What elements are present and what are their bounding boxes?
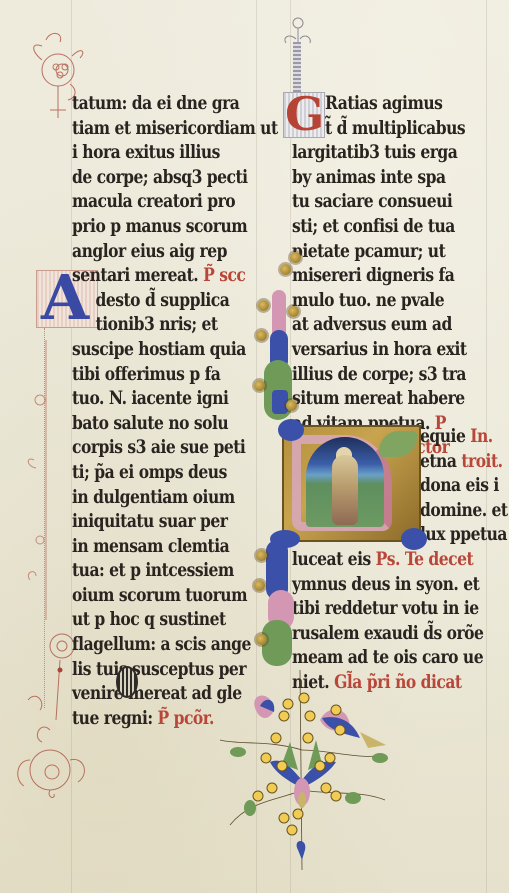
text-line: suscipe hostiam quia [72,338,230,363]
text-line: situm mereat habere [292,387,468,412]
gold-dot-icon [288,306,299,317]
acanthus-leaf-icon [401,528,427,550]
right-column: largitatib3 tuis erga by animas inte spa… [292,141,502,461]
text-line: largitatib3 tuis erga [292,141,468,166]
initial-r-scene [306,437,384,527]
text-line: by animas inte spa [292,166,468,191]
text-line: tibi offerimus p fa [72,363,230,388]
vine-border [258,250,298,680]
initial-g-letter: G [285,87,324,141]
text-line: sti; et confisi de tua [292,215,468,240]
text-line: dona eis i [420,474,492,499]
initial-g: G [283,92,325,138]
text-line: flagellum: a scis ange [72,633,230,658]
gold-dot-icon [280,264,291,275]
text-line: misereri digneris fa [292,264,468,289]
gold-dot-icon [256,330,267,341]
gold-dot-icon [254,380,265,391]
leaf-icon [379,431,417,457]
text-line: tionib3 nris; et [72,313,230,338]
floral-spray-ornament [210,670,400,880]
initial-g-stem [293,42,301,92]
gold-dot-icon [256,634,267,645]
left-column: tatum: da ei dne gra tiam et misericordi… [72,92,260,731]
text-line: etna troit. [420,450,492,475]
text-line: prio p manus scorum [72,215,230,240]
text-line: tua: et p intcessiem [72,559,230,584]
text-line: in dulgentiam oium [72,486,230,511]
gold-dot-icon [258,300,269,311]
text-line: luceat eis Ps. Te decet [292,548,468,573]
historiated-initial-r [282,425,421,542]
text-line: i hora exitus illius [72,141,230,166]
text-line: anglor eius aig rep [72,240,230,265]
text-line: lis tuis susceptus per [72,658,230,683]
skeleton-figure [332,455,358,525]
manuscript-page: A tatum: da ei dne gra tiam et misericor… [0,0,509,893]
text-line: macula creatori pro [72,190,230,215]
text-line: Ratias agimus [325,92,476,117]
text-line: versarius in hora exit [292,338,468,363]
text-line: rusalem exaudi d̃s orõe [292,622,468,647]
text-line: pietate pcamur; ut [292,240,468,265]
text-line: sentari mereat. P̃ scc [72,264,230,289]
text-line: desto d̃ supplica [72,289,230,314]
gold-dot-icon [254,580,265,591]
rubric: In. [470,426,492,447]
text-line: iniquitatu suar per [72,510,230,535]
text-line: illius de corpe; s3 tra [292,363,468,388]
text-line: tatum: da ei dne gra [72,92,230,117]
text-line: de corpe; absq3 pecti [72,166,230,191]
text-line: meam ad te ois caro ue [292,646,468,671]
right-column-top: Ratias agimus t̃ d̃ multiplicabus [325,92,505,141]
text-line: mulo tuo. ne pvale [292,289,468,314]
text-line: venire mereat ad gle [72,682,230,707]
text-line: tiam et misericordiam ut [72,117,230,142]
gold-dot-icon [256,550,267,561]
text-line: bato salute no solu [72,412,230,437]
text-line: tuo. N. iacente igni [72,387,230,412]
rubric: P̃ scc [203,265,245,286]
pen-scroll-icon [282,15,312,45]
rubric: troit. [461,451,502,472]
text-line: at adversus eum ad [292,313,468,338]
text-line: t̃ d̃ multiplicabus [325,117,476,142]
rubric: P̃ pcõr. [158,708,214,729]
cadel-ornament [116,666,138,698]
text-line: tu saciare consueui [292,190,468,215]
text-line: ut p hoc q sustinet [72,608,230,633]
gold-dot-icon [290,252,301,263]
text-line: ymnus deus in syon. et [292,573,468,598]
text-line: oium scorum tuorum [72,584,230,609]
text-line: tue regni: P̃ pcõr. [72,707,230,732]
text-line: equie In. [420,425,492,450]
right-column-beside-initial: equie In. etna troit. dona eis i domine.… [420,425,506,548]
text-line: in mensam clemtia [72,535,230,560]
gold-dot-icon [286,400,297,411]
text-line: corpis s3 aie sue peti [72,436,230,461]
text-line: ti; p̃a ei omps deus [72,461,230,486]
pen-flourish-icon [26,340,66,620]
text-line: tibi reddetur votu in ie [292,597,468,622]
text-line: lux ppetua [420,523,492,548]
rubric: Ps. Te decet [376,549,474,570]
text-line: domine. et [420,499,492,524]
